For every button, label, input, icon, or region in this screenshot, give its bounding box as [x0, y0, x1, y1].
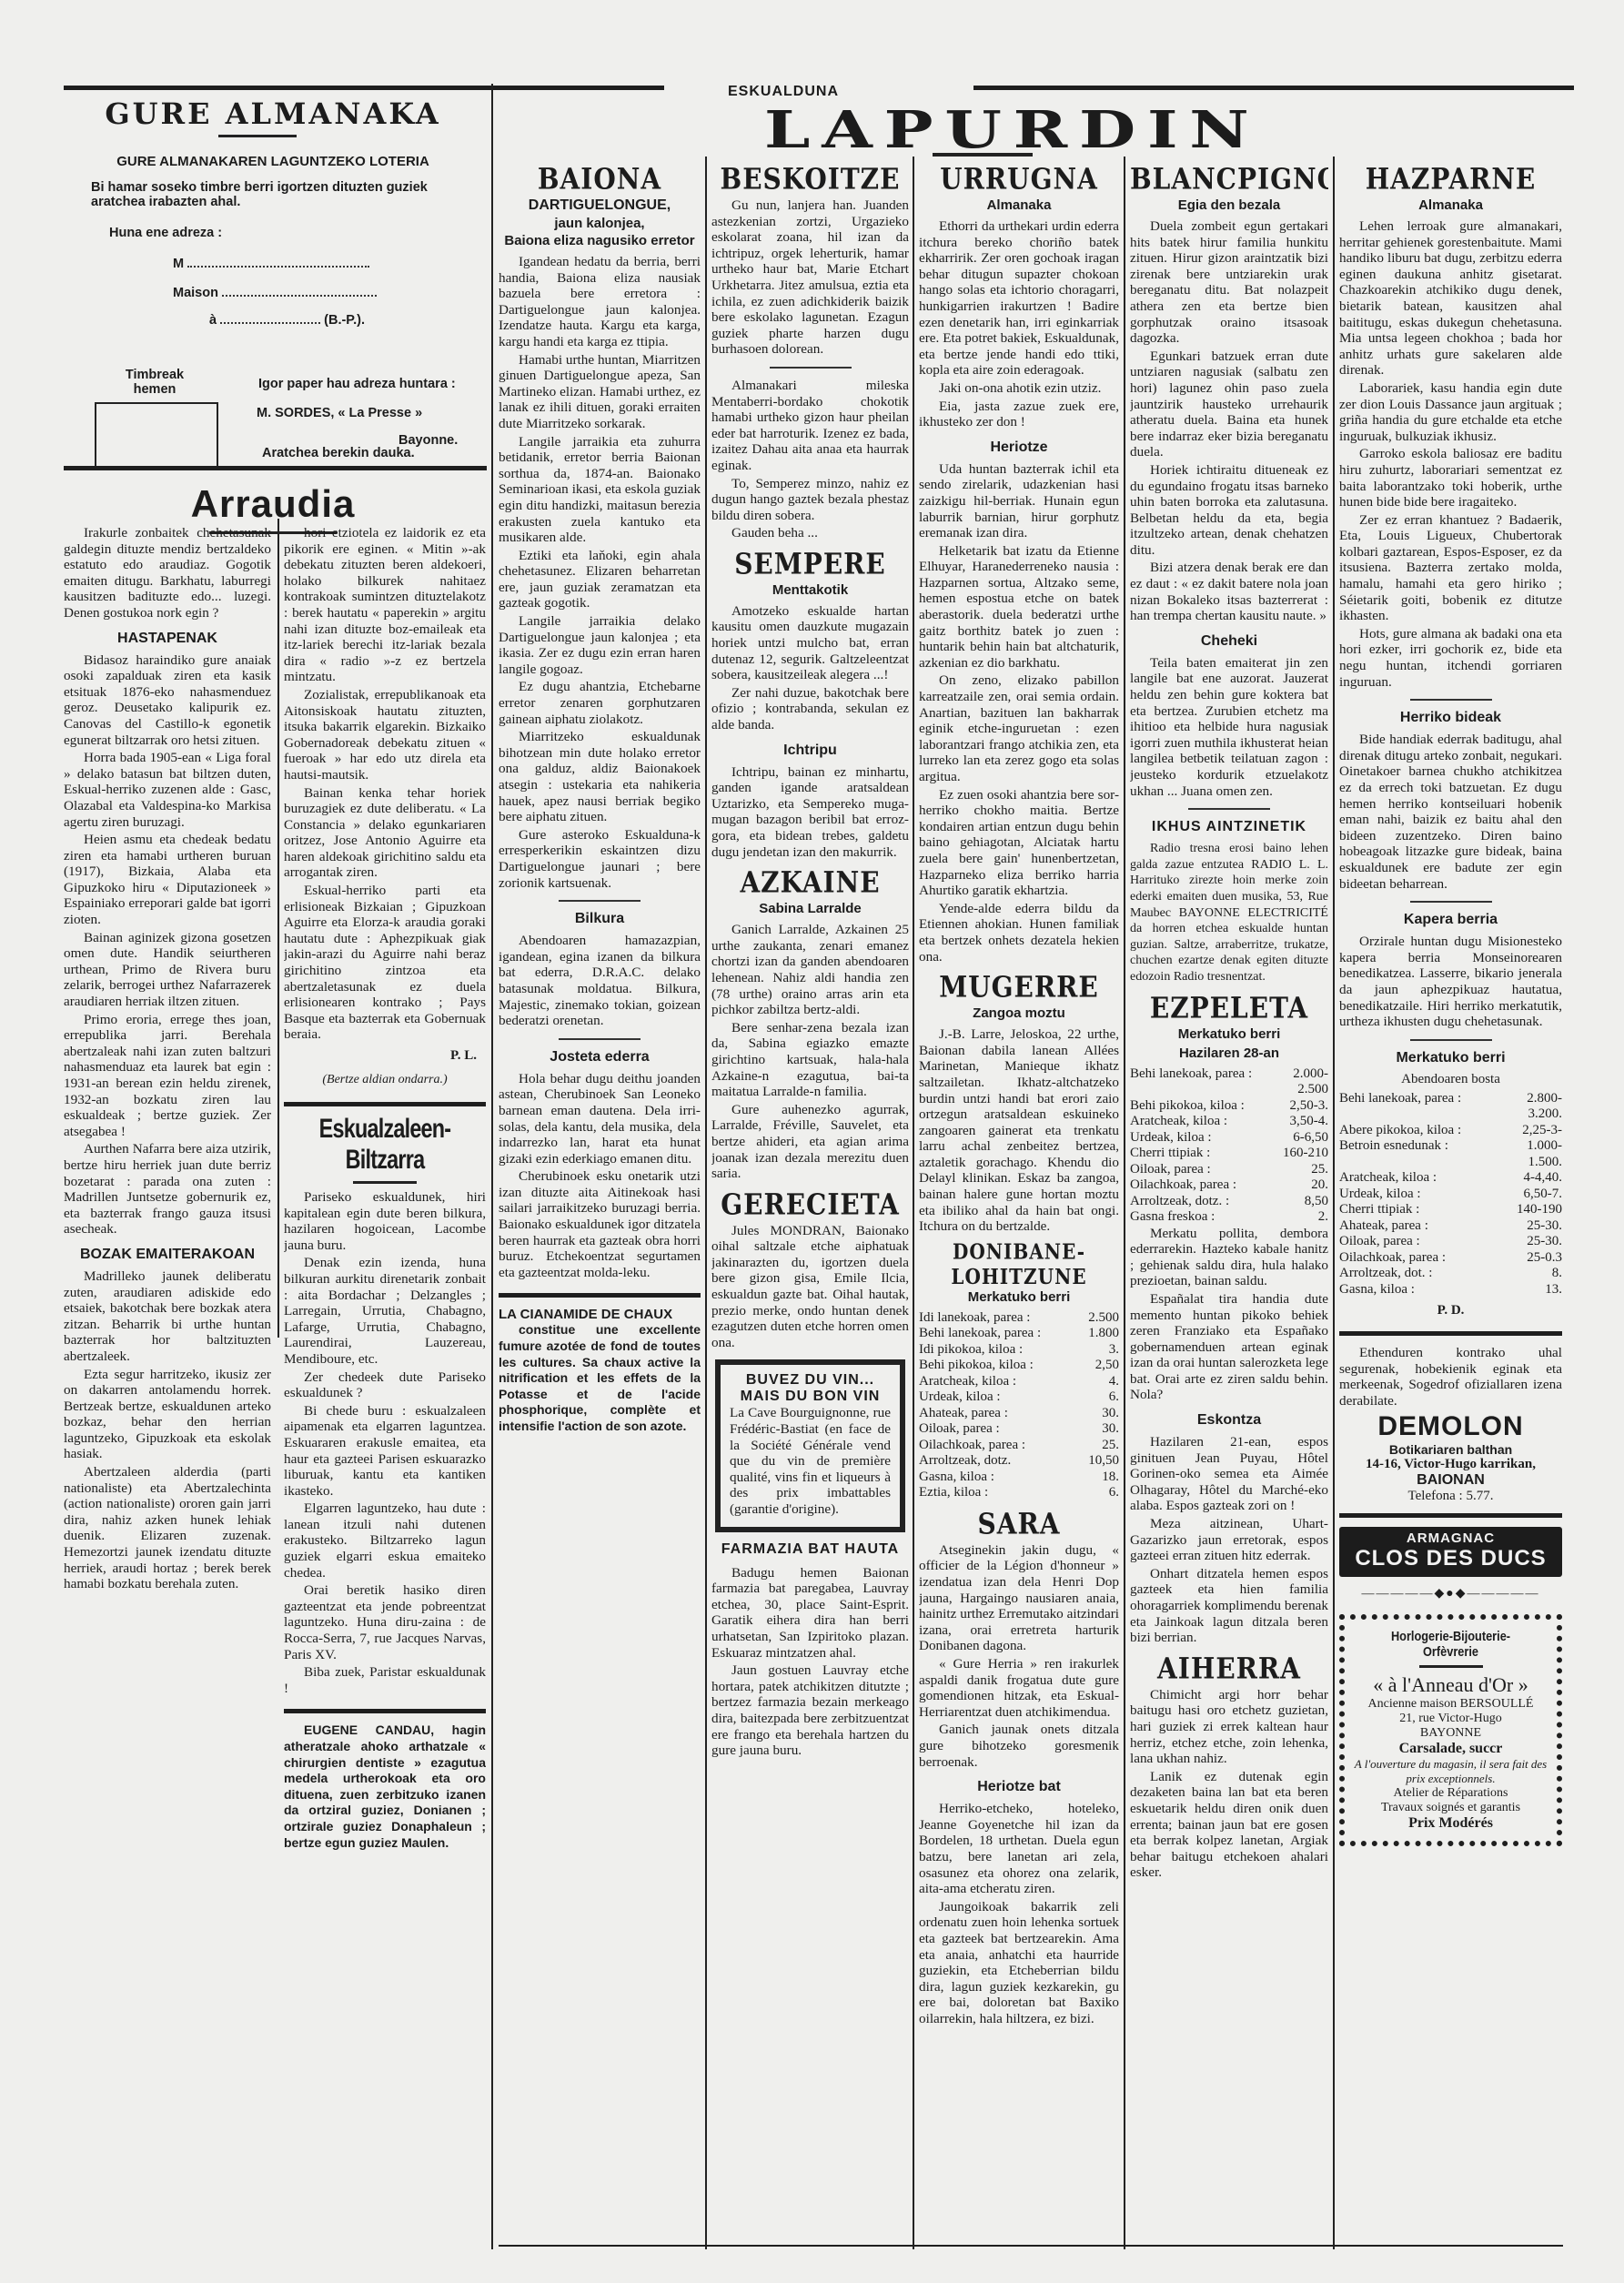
market-item: Oiloak, parea : — [1130, 1162, 1211, 1178]
advert-line: Ancienne maison BERSOULLÉ — [1352, 1697, 1549, 1712]
section-subtitle: Almanaka — [1339, 197, 1562, 213]
column-rule — [277, 519, 279, 1338]
market-row: Aratcheak, kiloa :4-4,40. — [1339, 1170, 1562, 1187]
section-title: SEMPERE — [711, 546, 909, 581]
market-row: Urdeak, kiloa :6. — [919, 1389, 1119, 1406]
cianamide-advert: constitue une excellente fumure azotée d… — [499, 1322, 701, 1434]
market-item: Aratcheak, kiloa : — [1339, 1170, 1437, 1187]
market-row: Behi lanekoak, parea :1.800 — [919, 1326, 1119, 1342]
advert-heading: BUVEZ DU VIN... — [730, 1372, 891, 1389]
market-row: 3.200. — [1339, 1106, 1562, 1123]
market-price: 30. — [1102, 1421, 1119, 1438]
bottom-rule — [499, 2245, 1563, 2247]
market-row: Arroltzeak, dotz.10,50 — [919, 1453, 1119, 1470]
column-rule — [1333, 157, 1335, 2249]
section-heading: IKHUS AINTZINETIK — [1130, 819, 1328, 835]
market-item: Oiloak, parea : — [919, 1421, 1000, 1438]
article-paragraph: Zozialistak, errepublikanoak eta Aitonsi… — [284, 687, 486, 783]
market-row: Oiloak, parea :25-30. — [1339, 1234, 1562, 1250]
section-title: BESKOITZE — [711, 162, 909, 197]
market-item: Urdeak, kiloa : — [1130, 1130, 1212, 1147]
article-paragraph: Orai beretik hasiko diren gazteentzat et… — [284, 1582, 486, 1662]
market-row: Betroin esnedunak :1.000- — [1339, 1138, 1562, 1155]
article-paragraph: Atseginekin jakin dugu, « officier de la… — [919, 1542, 1119, 1654]
market-row: Oilachkoak, parea :25. — [919, 1438, 1119, 1454]
baiona-column: BAIONA DARTIGUELONGUE, jaun kalonjea, Ba… — [499, 157, 701, 2249]
section-heading: FARMAZIA BAT HAUTA — [711, 1541, 909, 1558]
market-price: 140-190 — [1517, 1202, 1562, 1218]
market-row: Idi pikokoa, kiloa :3. — [919, 1342, 1119, 1359]
market-item: Cherri ttipiak : — [1339, 1202, 1419, 1218]
market-price: 6. — [1109, 1389, 1119, 1406]
advert-line: BAYONNE — [1352, 1726, 1549, 1741]
article-paragraph: Jaki on-ona ahotik ezin utziz. — [919, 380, 1119, 397]
market-item: Cherri ttipiak : — [1130, 1146, 1210, 1162]
title-rule — [353, 1181, 417, 1184]
market-price: 20. — [1311, 1177, 1328, 1194]
article-paragraph: Yende-alde ederra bildu da Etiennen ahok… — [919, 901, 1119, 965]
market-price: 3,50-4. — [1290, 1114, 1329, 1130]
article-paragraph: Bainan kenka tehar horiek buruzagiek ez … — [284, 785, 486, 882]
market-item: Behi pikokoa, kiloa : — [1130, 1098, 1245, 1115]
advert-heading: MAIS DU BON VIN — [730, 1389, 891, 1405]
market-row: 2.500 — [1130, 1082, 1328, 1098]
market-price: 4-4,40. — [1524, 1170, 1563, 1187]
market-item: Arroltzeak, dot. : — [1339, 1266, 1432, 1282]
section-heading: Kapera berria — [1339, 912, 1562, 928]
article-paragraph: Aurthen Nafarra bere aiza utzirik, bertz… — [64, 1141, 271, 1237]
article-paragraph: Helketarik bat izatu da Etienne Elhuyar,… — [919, 543, 1119, 672]
market-item: Gasna, kiloa : — [1339, 1282, 1415, 1298]
market-item: Oiloak, parea : — [1339, 1234, 1420, 1250]
market-price: 2,50-3. — [1290, 1098, 1329, 1115]
article-paragraph: Bere senhar-zena bezala izan da, Sabina … — [711, 1020, 909, 1100]
section-subtitle: Egia den bezala — [1130, 197, 1328, 213]
eskualzaleen-title: Eskualzaleen-Biltzarra — [306, 1114, 463, 1176]
section-subtitle: Merkatuko berri — [1130, 1026, 1328, 1042]
article-paragraph: Laborariek, kasu handia egin dute zer di… — [1339, 380, 1562, 444]
article-paragraph: Bide handiak ederrak baditugu, ahal dire… — [1339, 732, 1562, 892]
market-row: Ahateak, parea :25-30. — [1339, 1218, 1562, 1235]
market-price: 2.000- — [1293, 1066, 1328, 1083]
article-paragraph: Onhart ditzatela hemen espos gazteek eta… — [1130, 1566, 1328, 1646]
candau-advert: EUGENE CANDAU, hagin atheratzale ahoko a… — [284, 1722, 486, 1851]
newspaper-page: ESKUALDUNA LAPURDIN GURE ALMANAKA GURE A… — [64, 84, 1574, 2249]
market-price: 3.200. — [1528, 1106, 1563, 1123]
advert-line: Atelier de Réparations — [1352, 1786, 1549, 1801]
column-rule — [913, 157, 914, 2249]
market-row: Ahateak, parea :30. — [919, 1406, 1119, 1422]
market-price: 13. — [1545, 1282, 1562, 1298]
article-paragraph: Españalat tira handia dute memento hunta… — [1130, 1291, 1328, 1403]
market-row: Behi lanekoak, parea :2.800- — [1339, 1091, 1562, 1107]
demolon-brand: DEMOLON — [1339, 1411, 1562, 1442]
article-paragraph: Hots, gure almana ak badaki ona eta hori… — [1339, 626, 1562, 690]
market-row: Abere pikokoa, kiloa :2,25-3- — [1339, 1123, 1562, 1139]
market-item: Gasna, kiloa : — [919, 1470, 994, 1486]
lottery-intro: Bi hamar soseko timbre berri igortzen di… — [91, 180, 473, 209]
article-paragraph: Eskual-herriko parti eta erlisioneak Biz… — [284, 883, 486, 1043]
author-signature: P. L. — [293, 1048, 477, 1064]
advert-line: A l'ouverture du magasin, il sera fait d… — [1352, 1757, 1549, 1786]
market-item: Oilachkoak, parea : — [1339, 1250, 1446, 1267]
section-heading: Merkatuko berri — [1339, 1050, 1562, 1066]
article-paragraph: Uda huntan bazterrak ichil eta sendo zir… — [919, 461, 1119, 541]
article-paragraph: Zer ez erran khantuez ? Badaerik, Eta, L… — [1339, 512, 1562, 624]
truss-advert: Ethenduren kontrako uhal segurenak, hobe… — [1339, 1345, 1562, 1409]
top-rule — [973, 86, 1574, 90]
market-price: 2.800- — [1527, 1091, 1562, 1107]
section-heading: Bilkura — [499, 911, 701, 927]
advert-line: Carsalade, succr — [1352, 1741, 1549, 1757]
section-heading: HASTAPENAK — [64, 631, 271, 647]
section-subtitle: Baiona eliza nagusiko erretor — [499, 233, 701, 248]
article-paragraph: Abertzaleen alderdia (parti nationaliste… — [64, 1464, 271, 1592]
lottery-subtitle: GURE ALMANAKAREN LAGUNTZEKO LOTERIA — [64, 154, 482, 169]
article-paragraph: On zeno, elizako pabillon karreatzaile z… — [919, 672, 1119, 784]
section-rule — [64, 466, 487, 470]
market-item: Betroin esnedunak : — [1339, 1138, 1448, 1155]
market-item: Ahateak, parea : — [1339, 1218, 1428, 1235]
article-paragraph: Hamabi urthe huntan, Miarritzen ginuen D… — [499, 352, 701, 432]
market-item: Behi lanekoak, parea : — [919, 1326, 1041, 1342]
market-row: Urdeak, kiloa :6-6,50 — [1130, 1130, 1328, 1147]
article-paragraph: Heien asmu eta chedeak bedatu ziren eta … — [64, 832, 271, 928]
section-title: AIHERRA — [1130, 1651, 1328, 1685]
column-rule — [491, 84, 493, 2249]
market-price: 6. — [1109, 1485, 1119, 1501]
article-paragraph: Ezta segur harritzeko, ikusiz zer on dak… — [64, 1367, 271, 1463]
article-paragraph: Lehen lerroak gure almanakari, herritar … — [1339, 218, 1562, 379]
market-price: 25-0.3 — [1527, 1250, 1562, 1267]
section-heading: Herriko bideak — [1339, 710, 1562, 726]
market-price: 18. — [1102, 1470, 1119, 1486]
section-title: BLANCPIGNON — [1130, 162, 1328, 197]
divider — [559, 1038, 641, 1040]
article-paragraph: Ethorri da urthekari urdin ederra itchur… — [919, 218, 1119, 379]
market-price: 2,50 — [1095, 1358, 1119, 1374]
section-subtitle: Sabina Larralde — [711, 901, 909, 916]
section-heading: Heriotze — [919, 439, 1119, 456]
article-paragraph: Duela zombeit egun gertakari hits batek … — [1130, 218, 1328, 347]
article-paragraph: Gure asteroko Eskualduna-k erresperkerik… — [499, 827, 701, 891]
column-rule — [705, 157, 707, 2249]
armagnac-advert: ARMAGNAC CLOS DES DUCS — [1339, 1527, 1562, 1577]
article-paragraph: Ganich Larralde, Azkainen 25 urthe zauka… — [711, 922, 909, 1018]
market-row: Gasna, kiloa :13. — [1339, 1282, 1562, 1298]
market-item: Idi pikokoa, kiloa : — [919, 1342, 1023, 1359]
market-row: Cherri ttipiak :140-190 — [1339, 1202, 1562, 1218]
hazparne-column: HAZPARNE Almanaka Lehen lerroak gure alm… — [1339, 157, 1562, 2249]
article-paragraph: Cherubinoek esku onetarik utzi izan ditu… — [499, 1168, 701, 1280]
article-paragraph: Horiek ichtiraitu ditueneak ez du egunda… — [1130, 462, 1328, 559]
market-price: 2.500 — [1088, 1310, 1119, 1327]
market-price: 6-6,50 — [1293, 1130, 1328, 1147]
section-subtitle: Almanaka — [919, 197, 1119, 213]
section-subtitle: jaun kalonjea, — [499, 216, 701, 231]
section-rule — [1339, 1331, 1562, 1336]
section-subtitle: Zangoa moztu — [919, 1005, 1119, 1021]
article-paragraph: Gure auhenezko agurrak, Larralde, Frévil… — [711, 1102, 909, 1182]
market-price: 3. — [1109, 1342, 1119, 1359]
section-title: AZKAINE — [711, 865, 909, 900]
market-item: Eztia, kiloa : — [919, 1485, 988, 1501]
article-paragraph: Elgarren laguntzeko, hau dute : lanean i… — [284, 1500, 486, 1581]
article-paragraph: Madrilleko jaunek deliberatu zuten, arau… — [64, 1268, 271, 1365]
address-field-maison[interactable]: Maison — [173, 286, 482, 300]
section-title: HAZPARNE — [1339, 162, 1562, 197]
market-item: Abere pikokoa, kiloa : — [1339, 1123, 1461, 1139]
article-paragraph: Orzirale huntan dugu Misionesteko kapera… — [1339, 934, 1562, 1030]
market-row: Arroltzeak, dotz. :8,50 — [1130, 1194, 1328, 1210]
article-paragraph: Herriko-etcheko, hoteleko, Jeanne Goyene… — [919, 1801, 1119, 1897]
article-paragraph: Garroko eskola baliosaz ere baditu hiru … — [1339, 446, 1562, 510]
section-rule — [284, 1102, 486, 1106]
address-field-m[interactable]: M — [173, 257, 482, 271]
article-paragraph: Gu nun, lanjera han. Juanden astezkenian… — [711, 197, 909, 358]
market-price-list: Behi lanekoak, parea :2.800-3.200.Abere … — [1339, 1091, 1562, 1298]
advert-line: 14-16, Victor-Hugo karrikan, — [1339, 1457, 1562, 1472]
article-paragraph: Ez dugu ahantzia, Etchebarne erretor zen… — [499, 679, 701, 727]
article-paragraph: Jaungoikoak bakarrik zeli ordenatu zuen … — [919, 1899, 1119, 2027]
market-price: 1.800 — [1088, 1326, 1119, 1342]
masthead-kicker: ESKUALDUNA — [728, 84, 839, 100]
section-subtitle: DARTIGUELONGUE, — [499, 197, 701, 214]
advert-line: BAIONAN — [1339, 1472, 1562, 1489]
article-paragraph: Egunkari batzuek erran dute untziaren na… — [1130, 349, 1328, 460]
market-row: Aratcheak, kiloa :3,50-4. — [1130, 1114, 1328, 1130]
article-paragraph: Miarritzeko eskualdunak bihotzean min du… — [499, 729, 701, 825]
market-item: Oilachkoak, parea : — [1130, 1177, 1236, 1194]
article-paragraph: Eia, jasta zazue zuek ere, ikhusteko zer… — [919, 399, 1119, 430]
article-paragraph: Amotzeko eskualde hartan kausitu omen da… — [711, 603, 909, 683]
article-paragraph: Jaun gostuen Lauvray etche hortara, pate… — [711, 1662, 909, 1759]
market-row: Behi pikokoa, kiloa :2,50 — [919, 1358, 1119, 1374]
article-paragraph: Bainan aginizek gizona gosetzen omen dut… — [64, 930, 271, 1010]
market-row: Aratcheak, kiloa :4. — [919, 1374, 1119, 1390]
market-row: Eztia, kiloa :6. — [919, 1485, 1119, 1501]
wine-advert: BUVEZ DU VIN... MAIS DU BON VIN La Cave … — [715, 1359, 905, 1531]
section-title: GERECIETA — [711, 1187, 909, 1221]
masthead-title: LAPURDIN — [764, 100, 1261, 160]
advert-line: Botikariaren balthan — [1339, 1442, 1562, 1457]
article-paragraph: Hazilaren 21-ean, espos ginituen Jean Pu… — [1130, 1434, 1328, 1514]
advert-line: CLOS DES DUCS — [1339, 1546, 1562, 1571]
market-item: Behi lanekoak, parea : — [1130, 1066, 1252, 1083]
article-paragraph: Primo eroria, errege thes joan, errepubl… — [64, 1012, 271, 1140]
market-price: 4. — [1109, 1374, 1119, 1390]
divider — [770, 367, 852, 369]
market-item: Arroltzeak, dotz. : — [1130, 1194, 1229, 1210]
article-paragraph: Pariseko eskualdunek, hiri kapitalean eg… — [284, 1189, 486, 1253]
market-row: Oiloak, parea :30. — [919, 1421, 1119, 1438]
article-paragraph: Badugu hemen Baionan farmazia bat parega… — [711, 1565, 909, 1662]
market-row: Gasna freskoa :2. — [1130, 1209, 1328, 1226]
market-row: Gasna, kiloa :18. — [919, 1470, 1119, 1486]
market-item: Idi lanekoak, parea : — [919, 1310, 1030, 1327]
article-paragraph: Chimicht argi horr behar baitugu hasi or… — [1130, 1687, 1328, 1767]
section-heading: Heriotze bat — [919, 1779, 1119, 1795]
stamp-label: Timbreak hemen — [123, 368, 187, 397]
market-item: Gasna freskoa : — [1130, 1209, 1215, 1226]
article-paragraph: Irakurle zonbaitek chehetasunak galdegin… — [64, 525, 271, 621]
gure-almanaka-box: GURE ALMANAKA GURE ALMANAKAREN LAGUNTZEK… — [64, 84, 482, 466]
market-row: Oilachkoak, parea :20. — [1130, 1177, 1328, 1194]
advert-line: ARMAGNAC — [1339, 1530, 1562, 1546]
market-price: 10,50 — [1088, 1453, 1119, 1470]
article-paragraph: Merkatu pollita, dembora ederrarekin. Ha… — [1130, 1226, 1328, 1289]
article-paragraph: Horra bada 1905-ean « Liga foral » delak… — [64, 750, 271, 830]
article-paragraph: « Gure Herria » ren irakurlek aspaldi da… — [919, 1656, 1119, 1720]
section-heading: Eskontza — [1130, 1412, 1328, 1429]
section-title: EZPELETA — [1130, 990, 1328, 1025]
article-paragraph: Igandean hedatu da berria, berri handia,… — [499, 254, 701, 350]
stamp-box[interactable] — [95, 402, 218, 466]
divider — [1410, 1039, 1492, 1041]
article-paragraph: Ichtripu, bainan ez minhartu, ganden iga… — [711, 764, 909, 861]
divider — [559, 900, 641, 902]
lottery-closing: Aratchea berekin dauka. — [262, 446, 415, 460]
article-paragraph: Lanik ez dutenak egin dezaketen baina la… — [1130, 1769, 1328, 1881]
cianamide-title: LA CIANAMIDE DE CHAUX — [499, 1307, 701, 1322]
market-price: 1.500. — [1528, 1155, 1563, 1171]
market-item: Aratcheak, kiloa : — [919, 1374, 1016, 1390]
market-price: 2.500 — [1297, 1082, 1328, 1098]
market-price: 8,50 — [1305, 1194, 1328, 1210]
market-item: Urdeak, kiloa : — [919, 1389, 1001, 1406]
market-row: Oilachkoak, parea :25-0.3 — [1339, 1250, 1562, 1267]
market-price: 25. — [1311, 1162, 1328, 1178]
beskoitze-column: BESKOITZE Gu nun, lanjera han. Juanden a… — [711, 157, 909, 2249]
advert-line: Telefona : 5.77. — [1339, 1489, 1562, 1504]
section-rule — [284, 1709, 486, 1713]
market-price: 8. — [1552, 1266, 1562, 1282]
market-item: Ahateak, parea : — [919, 1406, 1008, 1422]
urrugna-column: URRUGNA Almanaka Ethorri da urthekari ur… — [919, 157, 1119, 2249]
section-subtitle: Hazilaren 28-an — [1130, 1046, 1328, 1061]
article-paragraph: Gauden beha ... — [711, 525, 909, 541]
article-paragraph: Denak ezin izenda, huna bilkuran aurkitu… — [284, 1255, 486, 1367]
continued-note: (Bertze aldian ondarra.) — [284, 1073, 486, 1087]
article-paragraph: Bizi atzera denak berak ere dan ez daut … — [1130, 560, 1328, 623]
market-item: Behi pikokoa, kiloa : — [919, 1358, 1034, 1374]
market-price-list: Behi lanekoak, parea :2.000-2.500Behi pi… — [1130, 1066, 1328, 1226]
section-title: SARA — [919, 1506, 1119, 1541]
article-paragraph: Langile jarraikia eta zuhurra betidanik,… — [499, 434, 701, 546]
title-rule — [1419, 1665, 1483, 1668]
market-row: Behi lanekoak, parea :2.000- — [1130, 1066, 1328, 1083]
send-label: Igor paper hau adreza huntara : — [258, 377, 456, 391]
article-paragraph: Almanakari mileska Mentaberri-bordako ch… — [711, 378, 909, 474]
arraudia-column-1: Irakurle zonbaitek chehetasunak galdegin… — [64, 525, 271, 2249]
article-paragraph: Ez zuen osoki ahantzia bere sor-herriko … — [919, 787, 1119, 899]
section-rule — [499, 1293, 701, 1298]
address-field-city[interactable]: à (B.-P.). — [209, 313, 482, 328]
section-heading: Josteta ederra — [499, 1049, 701, 1066]
article-paragraph: hori etziotela ez laidorik ez eta pikori… — [284, 525, 486, 685]
market-price: 2,25-3- — [1522, 1123, 1562, 1139]
article-paragraph: Bi chede buru : eskualzaleen aipamenak e… — [284, 1403, 486, 1500]
article-paragraph: Meza aitzinean, Uhart-Gazarizko jaun err… — [1130, 1516, 1328, 1564]
section-title: BAIONA — [499, 162, 701, 197]
market-price: 25. — [1102, 1438, 1119, 1454]
advert-body: La Cave Bourguignonne, rue Frédéric-Bast… — [730, 1405, 891, 1517]
shop-name: « à l'Anneau d'Or » — [1352, 1673, 1549, 1697]
gure-almanaka-title: GURE ALMANAKA — [64, 96, 482, 131]
advert-line: Travaux soignés et garantis — [1352, 1801, 1549, 1815]
jeweller-advert: Horlogerie-Bijouterie-Orfèvrerie « à l'A… — [1339, 1614, 1562, 1846]
market-row: Arroltzeak, dot. :8. — [1339, 1266, 1562, 1282]
market-price: 30. — [1102, 1406, 1119, 1422]
advert-heading: Horlogerie-Bijouterie-Orfèvrerie — [1367, 1629, 1534, 1660]
advert-line: Prix Modérés — [1352, 1815, 1549, 1832]
section-title: DONIBANE-LOHITZUNE — [919, 1238, 1119, 1288]
market-row: Idi lanekoak, parea :2.500 — [919, 1310, 1119, 1327]
market-price: 2. — [1318, 1209, 1328, 1226]
title-underline — [218, 135, 297, 137]
author-signature: P. D. — [1348, 1303, 1553, 1318]
section-subtitle: Menttakotik — [711, 582, 909, 598]
section-heading: Ichtripu — [711, 742, 909, 759]
section-rule — [1339, 1513, 1562, 1518]
divider — [1188, 808, 1270, 810]
divider — [1410, 901, 1492, 903]
arraudia-column-2: hori etziotela ez laidorik ez eta pikori… — [284, 525, 486, 2249]
section-heading: BOZAK EMAITERAKOAN — [64, 1247, 271, 1263]
column-rule — [1124, 157, 1125, 2249]
blancpignon-column: BLANCPIGNON Egia den bezala Duela zombei… — [1130, 157, 1328, 2249]
section-title: MUGERRE — [919, 970, 1119, 1005]
article-paragraph: Zer chedeek dute Pariseko eskualdunek ? — [284, 1369, 486, 1401]
divider — [1410, 699, 1492, 701]
address-label: Huna ene adreza : — [109, 226, 482, 240]
section-title: URRUGNA — [919, 162, 1119, 197]
market-row: Oiloak, parea :25. — [1130, 1162, 1328, 1178]
market-price: 1.000- — [1527, 1138, 1562, 1155]
market-price: 160-210 — [1283, 1146, 1328, 1162]
market-row: Behi pikokoa, kiloa :2,50-3. — [1130, 1098, 1328, 1115]
market-price: 25-30. — [1527, 1218, 1562, 1235]
article-paragraph: Abendoaren hamazazpian, igandean, egina … — [499, 933, 701, 1029]
market-item: Arroltzeak, dotz. — [919, 1453, 1011, 1470]
market-item: Urdeak, kiloa : — [1339, 1187, 1421, 1203]
article-paragraph: To, Semperez minzo, nahiz ez dugun hango… — [711, 476, 909, 524]
article-paragraph: Hola behar dugu deithu joanden astean, C… — [499, 1071, 701, 1167]
market-row: 1.500. — [1339, 1155, 1562, 1171]
article-paragraph: Teila baten emaiterat jin zen langile ba… — [1130, 655, 1328, 799]
market-row: Cherri ttipiak :160-210 — [1130, 1146, 1328, 1162]
article-paragraph: Langile jarraikia delako Dartiguelongue … — [499, 613, 701, 677]
arraudia-title: Arraudia — [64, 482, 482, 526]
market-item: Aratcheak, kiloa : — [1130, 1114, 1227, 1130]
article-paragraph: Bidasoz haraindiko gure anaiak osoki zap… — [64, 652, 271, 749]
article-paragraph: Zer nahi duzue, bakotchak bere ofizio ; … — [711, 685, 909, 733]
ornament-divider: —————◆●◆————— — [1339, 1586, 1562, 1601]
article-paragraph: Ganich jaunak onets ditzala gure bihotze… — [919, 1722, 1119, 1770]
advert-line: 21, rue Victor-Hugo — [1352, 1712, 1549, 1726]
article-paragraph: Biba zuek, Paristar eskualdunak ! — [284, 1664, 486, 1696]
market-price: 25-30. — [1527, 1234, 1562, 1250]
market-price-list: Idi lanekoak, parea :2.500Behi lanekoak,… — [919, 1310, 1119, 1501]
article-paragraph: Jules MONDRAN, Baionako oihal saltzale e… — [711, 1223, 909, 1351]
market-item: Behi lanekoak, parea : — [1339, 1091, 1461, 1107]
section-heading: Cheheki — [1130, 633, 1328, 650]
section-subtitle: Merkatuko berri — [919, 1289, 1119, 1305]
radio-advert: Radio tresna erosi baino lehen galda zaz… — [1130, 841, 1328, 985]
market-row: Urdeak, kiloa :6,50-7. — [1339, 1187, 1562, 1203]
market-date: Abendoaren bosta — [1339, 1072, 1562, 1087]
recipient: M. SORDES, « La Presse » — [257, 406, 422, 420]
